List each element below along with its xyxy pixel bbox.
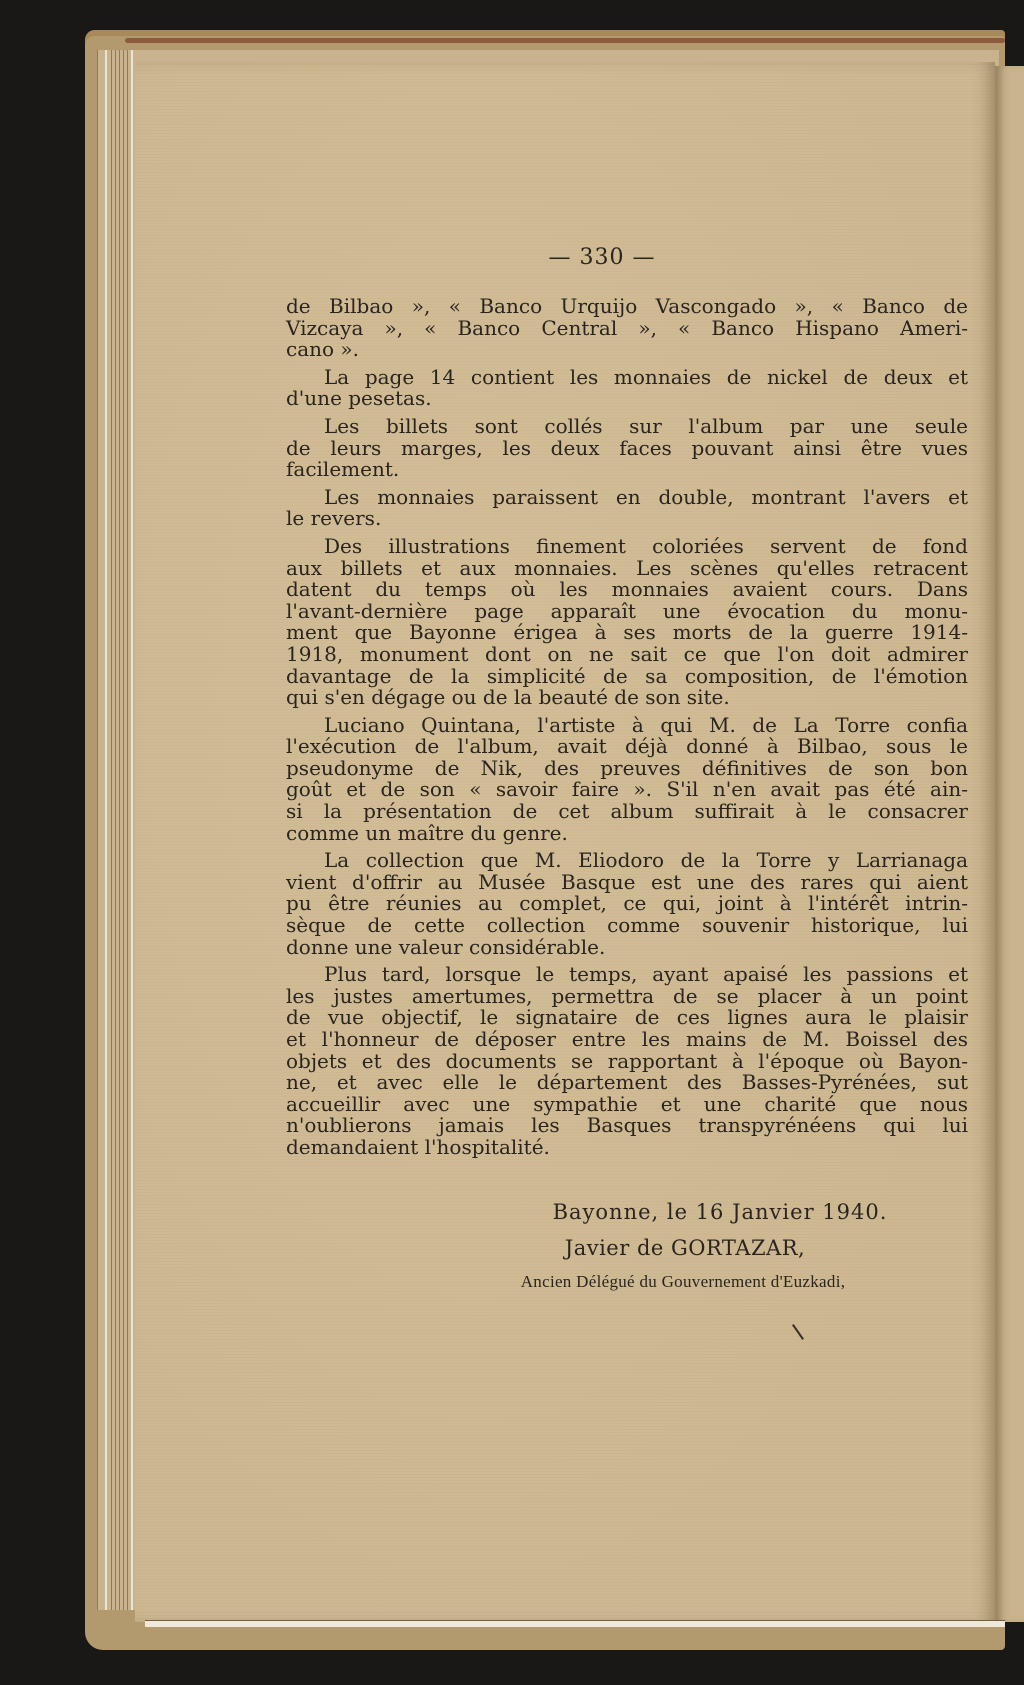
paragraph: Des illustrations finement coloriées ser…	[286, 536, 968, 709]
text-line: goût et de son « savoir faire ». S'il n'…	[286, 779, 968, 801]
paragraph: Les billets sont collés sur l'album par …	[286, 416, 968, 481]
text-line: Vizcaya », « Banco Central », « Banco Hi…	[286, 318, 968, 340]
text-line: vient d'offrir au Musée Basque est une d…	[286, 872, 968, 894]
text-line: de leurs marges, les deux faces pouvant …	[286, 438, 968, 460]
paragraph: La collection que M. Eliodoro de la Torr…	[286, 850, 968, 958]
text-line: La page 14 contient les monnaies de nick…	[286, 367, 968, 389]
text-line: Des illustrations finement coloriées ser…	[286, 536, 968, 558]
text-line: datent du temps où les monnaies avaient …	[286, 579, 968, 601]
facing-page-edge	[995, 66, 1024, 1622]
text-line: pu être réunies au complet, ce qui, join…	[286, 893, 968, 915]
text-line: les justes amertumes, permettra de se pl…	[286, 986, 968, 1008]
text-line: si la présentation de cet album suffirai…	[286, 801, 968, 823]
text-line: l'avant-dernière page apparaît une évoca…	[286, 601, 968, 623]
text-line: sèque de cette collection comme souvenir…	[286, 915, 968, 937]
body-text: de Bilbao », « Banco Urquijo Vascongado …	[286, 296, 968, 1165]
text-line: 1918, monument dont on ne sait ce que l'…	[286, 644, 968, 666]
text-line: comme un maître du genre.	[286, 823, 968, 845]
text-line: Plus tard, lorsque le temps, ayant apais…	[286, 964, 968, 986]
paragraph: Luciano Quintana, l'artiste à qui M. de …	[286, 715, 968, 845]
text-line: demandaient l'hospitalité.	[286, 1137, 968, 1159]
text-line: pseudonyme de Nik, des preuves définitiv…	[286, 758, 968, 780]
text-line: n'oublierons jamais les Basques transpyr…	[286, 1115, 968, 1137]
page-number: — 330 —	[532, 245, 672, 270]
signature-block: Bayonne, le 16 Janvier 1940. Javier de G…	[440, 1200, 940, 1292]
text-line: de Bilbao », « Banco Urquijo Vascongado …	[286, 296, 968, 318]
text-line: facilement.	[286, 459, 968, 481]
paragraph: de Bilbao », « Banco Urquijo Vascongado …	[286, 296, 968, 361]
author-name: Javier de GORTAZAR,	[430, 1236, 940, 1272]
page-bottom-edge	[145, 1620, 1005, 1627]
text-line: et l'honneur de déposer entre les mains …	[286, 1029, 968, 1051]
paragraph: Les monnaies paraissent en double, montr…	[286, 487, 968, 530]
text-line: ment que Bayonne érigea à ses morts de l…	[286, 622, 968, 644]
text-line: l'exécution de l'album, avait déjà donné…	[286, 736, 968, 758]
place-and-date: Bayonne, le 16 Janvier 1940.	[500, 1200, 940, 1236]
text-line: d'une pesetas.	[286, 388, 968, 410]
text-line: cano ».	[286, 339, 968, 361]
text-line: Les monnaies paraissent en double, montr…	[286, 487, 968, 509]
text-line: donne une valeur considérable.	[286, 937, 968, 959]
paragraph: La page 14 contient les monnaies de nick…	[286, 367, 968, 410]
text-line: de vue objectif, le signataire de ces li…	[286, 1007, 968, 1029]
author-title: Ancien Délégué du Gouvernement d'Euzkadi…	[426, 1272, 940, 1292]
text-line: Les billets sont collés sur l'album par …	[286, 416, 968, 438]
paragraph: Plus tard, lorsque le temps, ayant apais…	[286, 964, 968, 1158]
text-line: objets et des documents se rapportant à …	[286, 1051, 968, 1073]
text-line: La collection que M. Eliodoro de la Torr…	[286, 850, 968, 872]
text-line: aux billets et aux monnaies. Les scènes …	[286, 558, 968, 580]
text-line: davantage de la simplicité de sa composi…	[286, 666, 968, 688]
text-line: ne, et avec elle le département des Bass…	[286, 1072, 968, 1094]
text-line: Luciano Quintana, l'artiste à qui M. de …	[286, 715, 968, 737]
text-line: accueillir avec une sympathie et une cha…	[286, 1094, 968, 1116]
text-line: le revers.	[286, 508, 968, 530]
text-line: qui s'en dégage ou de la beauté de son s…	[286, 687, 968, 709]
